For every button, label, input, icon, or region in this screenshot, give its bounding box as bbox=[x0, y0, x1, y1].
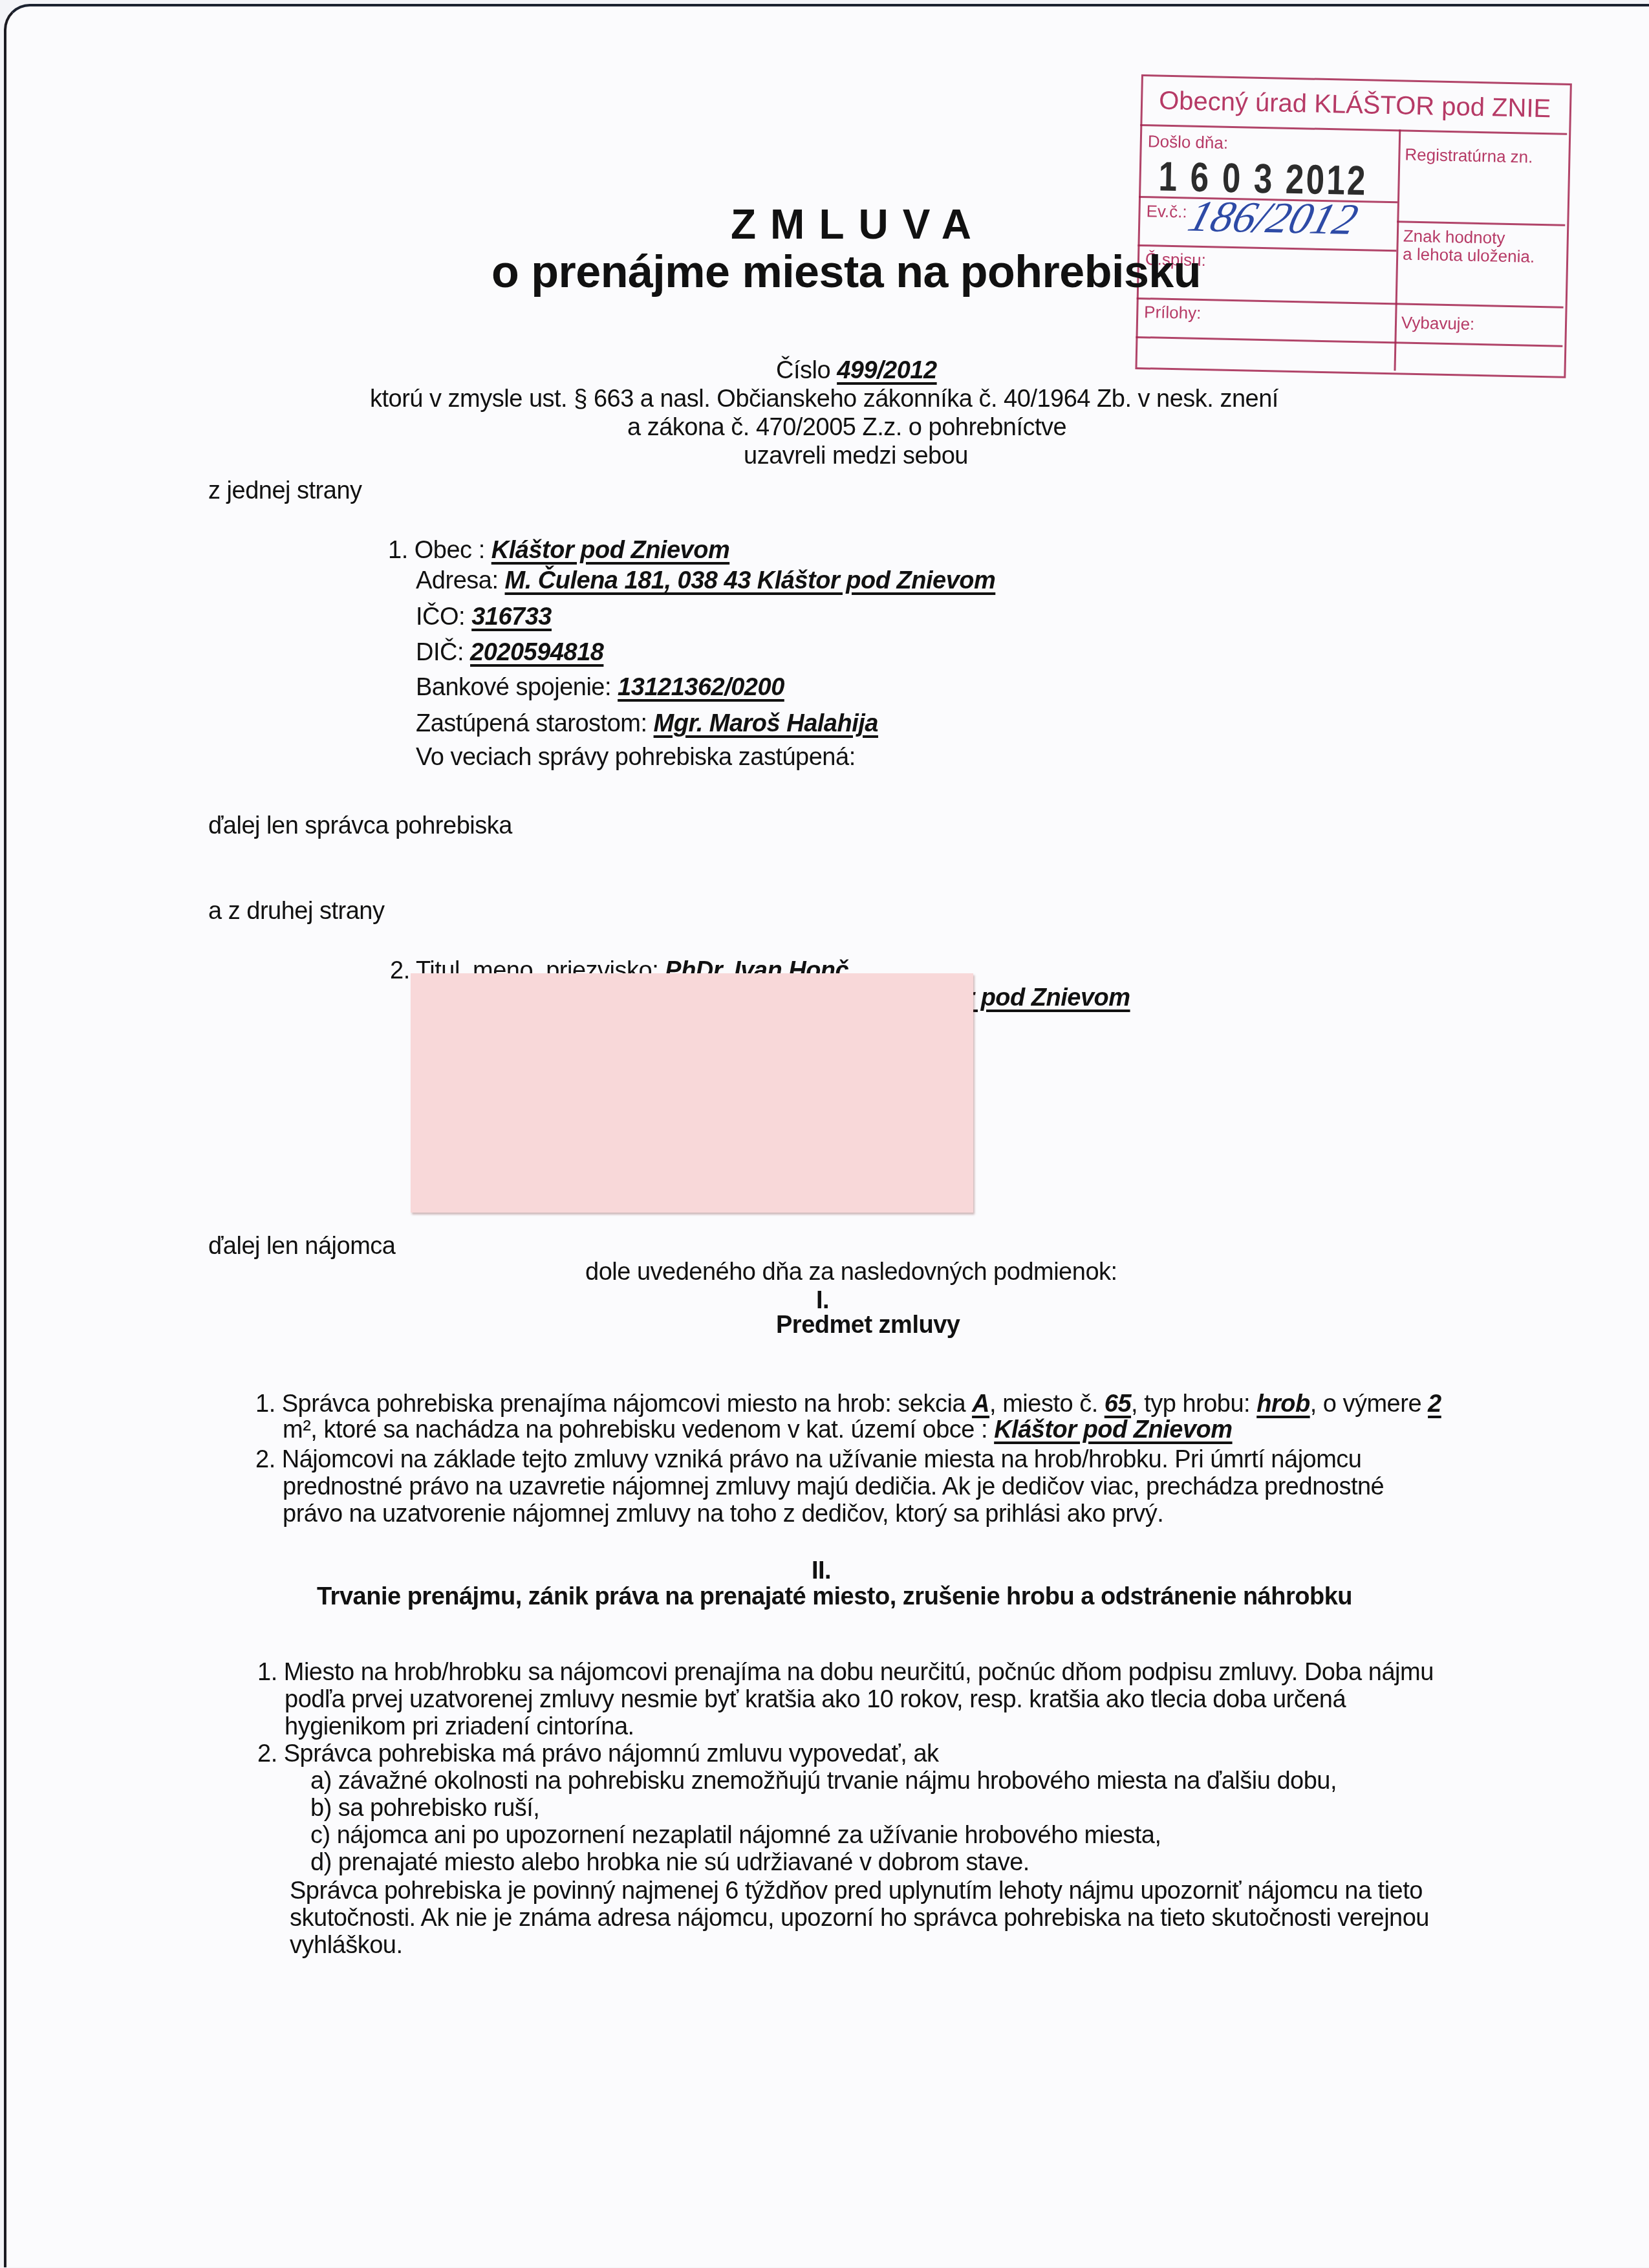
party1-municipality-label: 1. Obec : bbox=[388, 537, 491, 564]
party1-dic-value: 2020594818 bbox=[470, 639, 603, 666]
stamp-registry-label: Registratúrna zn. bbox=[1405, 145, 1533, 167]
party1-line: Bankové spojenie: 13121362/0200 bbox=[416, 674, 784, 702]
grave-place-value: 65 bbox=[1105, 1390, 1131, 1418]
party1-line: DIČ: 2020594818 bbox=[416, 639, 603, 667]
intro-line-1: ktorú v zmysle ust. § 663 a nasl. Občian… bbox=[370, 385, 1278, 413]
section2-subitem: c) nájomca ani po upozornení nezaplatil … bbox=[310, 1822, 1161, 1850]
party1-line: 1. Obec : Kláštor pod Znievom bbox=[388, 537, 729, 565]
section1-item1-text: , miesto č. bbox=[989, 1390, 1105, 1418]
document-subtitle: o prenájme miesta na pohrebisku bbox=[491, 246, 1201, 297]
cadastral-municipality-value: Kláštor pod Znievom bbox=[994, 1416, 1232, 1443]
section2-subitem: b) sa pohrebisko ruší, bbox=[310, 1795, 539, 1822]
section1-item1-line2: m², ktoré sa nachádza na pohrebisku vede… bbox=[283, 1416, 1233, 1444]
contract-number-label: Číslo bbox=[776, 357, 830, 384]
party2-role: ďalej len nájomca bbox=[208, 1233, 395, 1260]
stamp-reg-no-handwritten: 186/2012 bbox=[1183, 191, 1364, 245]
party1-admin-label: Vo veciach správy pohrebiska zastúpená: bbox=[416, 744, 856, 771]
party1-line: Zastúpená starostom: Mgr. Maroš Halahija bbox=[416, 710, 878, 738]
party1-line: Vo veciach správy pohrebiska zastúpená: bbox=[416, 744, 856, 772]
party1-address-value: M. Čulena 181, 038 43 Kláštor pod Znievo… bbox=[505, 567, 996, 594]
document-title: ZMLUVA bbox=[731, 200, 986, 248]
party1-ico-label: IČO: bbox=[416, 603, 471, 631]
grave-area-value: 2 bbox=[1428, 1390, 1441, 1418]
section2-notice-line: vyhláškou. bbox=[290, 1932, 403, 1960]
party1-dic-label: DIČ: bbox=[416, 639, 470, 666]
intro-line-3: uzavreli medzi sebou bbox=[744, 442, 968, 470]
section2-subitem: d) prenajaté miesto alebo hrobka nie sú … bbox=[310, 1849, 1029, 1877]
section1-item1-text: , typ hrobu: bbox=[1131, 1390, 1256, 1418]
section1-item1-text: m², ktoré sa nachádza na pohrebisku vede… bbox=[283, 1416, 994, 1443]
section1-item2-line: právo na uzatvorenie nájomnej zmluvy na … bbox=[283, 1500, 1163, 1528]
party1-municipality-value: Kláštor pod Znievom bbox=[491, 537, 729, 564]
redaction-sticky-note bbox=[411, 973, 973, 1213]
section2-numeral: II. bbox=[812, 1557, 831, 1585]
party1-ico-value: 316733 bbox=[471, 603, 552, 631]
grave-section-value: A bbox=[972, 1390, 989, 1418]
party1-mayor-value: Mgr. Maroš Halahija bbox=[654, 710, 878, 737]
section2-notice-line: Správca pohrebiska je povinný najmenej 6… bbox=[290, 1877, 1423, 1905]
contract-number-value: 499/2012 bbox=[837, 357, 937, 384]
section1-item2-line: prednostné právo na uzavretie nájomnej z… bbox=[283, 1473, 1384, 1501]
party2-side-label: a z druhej strany bbox=[208, 898, 384, 925]
contract-number: Číslo 499/2012 bbox=[776, 357, 937, 385]
section2-notice-line: skutočnosti. Ak nie je známa adresa nájo… bbox=[290, 1905, 1429, 1932]
party1-line: IČO: 316733 bbox=[416, 603, 552, 631]
grave-type-value: hrob bbox=[1256, 1390, 1309, 1418]
stamp-reg-no-label: Ev.č.: bbox=[1146, 201, 1187, 222]
section1-numeral: I. bbox=[816, 1287, 829, 1315]
stamp-handled-by-label: Vybavuje: bbox=[1401, 313, 1475, 334]
registry-stamp: Obecný úrad KLÁŠTOR pod ZNIE Došlo dňa: … bbox=[1135, 74, 1571, 378]
conditions-intro: dole uvedeného dňa za nasledovných podmi… bbox=[585, 1258, 1117, 1286]
stamp-attachments-label: Prílohy: bbox=[1144, 302, 1202, 323]
section2-item2-intro: 2. Správca pohrebiska má právo nájomnú z… bbox=[257, 1740, 939, 1768]
party1-bank-value: 13121362/0200 bbox=[618, 674, 784, 701]
section1-item2-line: 2. Nájomcovi na základe tejto zmluvy vzn… bbox=[255, 1446, 1362, 1474]
section1-item1-text: , o výmere bbox=[1310, 1390, 1428, 1418]
section2-item1-line: 1. Miesto na hrob/hrobku sa nájomcovi pr… bbox=[257, 1659, 1434, 1687]
section2-item1-line: podľa prvej uzatvorenej zmluvy nesmie by… bbox=[285, 1686, 1346, 1714]
section2-subitem: a) závažné okolnosti na pohrebisku znemo… bbox=[310, 1767, 1337, 1795]
section2-item1-line: hygienikom pri zriadení cintorína. bbox=[285, 1713, 634, 1741]
party1-line: Adresa: M. Čulena 181, 038 43 Kláštor po… bbox=[416, 567, 995, 595]
section1-item1-text: 1. Správca pohrebiska prenajíma nájomcov… bbox=[255, 1390, 972, 1418]
party1-side-label: z jednej strany bbox=[208, 477, 362, 505]
section1-title: Predmet zmluvy bbox=[776, 1312, 960, 1339]
stamp-received-label: Došlo dňa: bbox=[1148, 131, 1229, 153]
stamp-storage-label: a lehota uloženia. bbox=[1403, 244, 1535, 267]
party1-role: ďalej len správca pohrebiska bbox=[208, 812, 512, 840]
party1-mayor-label: Zastúpená starostom: bbox=[416, 710, 654, 737]
party1-address-label: Adresa: bbox=[416, 567, 505, 594]
intro-line-2: a zákona č. 470/2005 Z.z. o pohrebníctve bbox=[627, 414, 1066, 442]
section1-item1-line1: 1. Správca pohrebiska prenajíma nájomcov… bbox=[255, 1390, 1441, 1418]
section2-title: Trvanie prenájmu, zánik práva na prenaja… bbox=[317, 1583, 1352, 1611]
party1-bank-label: Bankové spojenie: bbox=[416, 674, 618, 701]
